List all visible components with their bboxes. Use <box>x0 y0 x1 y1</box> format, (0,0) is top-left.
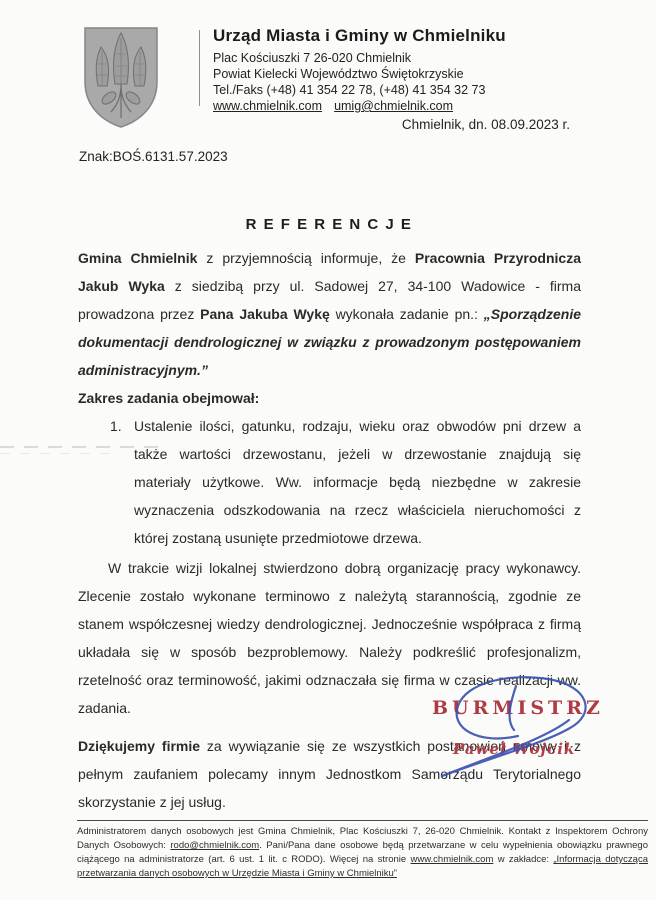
org-email-link: umig@chmielnik.com <box>334 99 453 113</box>
scope-heading: Zakres zadania obejmował: <box>78 384 581 412</box>
text-run: Dziękujemy firmie <box>78 738 200 754</box>
reference-number: Znak:BOŚ.6131.57.2023 <box>79 149 228 164</box>
text-run: wykonała zadanie pn.: <box>330 306 484 322</box>
text-run: Pana Jakuba Wykę <box>200 306 330 322</box>
coat-of-arms-icon <box>82 24 160 130</box>
chmielnik-shield-three-trees-icon <box>82 24 160 130</box>
paragraph-intro: Gmina Chmielnik z przyjemnością informuj… <box>78 244 581 384</box>
org-address-line1: Plac Kościuszki 7 26-020 Chmielnik <box>213 50 613 66</box>
letterhead-divider <box>199 30 200 106</box>
scan-artifact-dashes <box>0 446 162 448</box>
org-name: Urząd Miasta i Gminy w Chmielniku <box>213 26 613 46</box>
list-item-number: 1. <box>110 412 122 440</box>
org-phone-line: Tel./Faks (+48) 41 354 22 78, (+48) 41 3… <box>213 82 613 98</box>
org-website-link: www.chmielnik.com <box>213 99 322 113</box>
org-links-line: www.chmielnik.comumig@chmielnik.com <box>213 98 613 114</box>
scan-artifact-dashes-faint <box>0 453 118 454</box>
text-run: Gmina Chmielnik <box>78 250 197 266</box>
date-line: Chmielnik, dn. 08.09.2023 r. <box>402 117 570 132</box>
letterhead: Urząd Miasta i Gminy w Chmielniku Plac K… <box>213 26 613 114</box>
list-item-text: Ustalenie ilości, gatunku, rodzaju, wiek… <box>134 418 581 546</box>
rodo-footer: Administratorem danych osobowych jest Gm… <box>77 820 648 881</box>
org-address-line2: Powiat Kielecki Województwo Świętokrzysk… <box>213 66 613 82</box>
handwritten-signature-icon <box>398 670 608 795</box>
scanned-letter-page: Urząd Miasta i Gminy w Chmielniku Plac K… <box>0 0 656 900</box>
text-run: www.chmielnik.com <box>410 854 493 865</box>
document-title: R E F E R E N C J E <box>78 216 580 233</box>
text-run: rodo@chmielnik.com <box>170 840 259 851</box>
scope-list-item: 1. Ustalenie ilości, gatunku, rodzaju, w… <box>78 412 581 552</box>
text-run: w zakładce: <box>493 854 553 865</box>
text-run: z przyjemnością informuje, że <box>197 250 414 266</box>
